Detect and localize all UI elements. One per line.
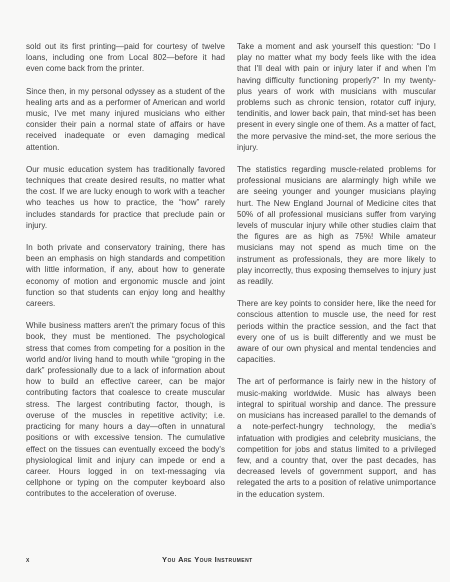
page-footer: x You Are Your Instrument — [0, 555, 450, 569]
paragraph: Take a moment and ask yourself this ques… — [237, 41, 436, 153]
paragraph: Our music education system has tradition… — [26, 164, 225, 231]
text-columns: sold out its first printing—paid for cou… — [26, 41, 436, 500]
paragraph: sold out its first printing—paid for cou… — [26, 41, 225, 75]
paragraph: While business matters aren't the primar… — [26, 320, 225, 499]
right-column: Take a moment and ask yourself this ques… — [237, 41, 436, 500]
paragraph: The art of performance is fairly new in … — [237, 376, 436, 499]
running-title: You Are Your Instrument — [162, 555, 253, 564]
paragraph: In both private and conservatory trainin… — [26, 242, 225, 309]
paragraph: The statistics regarding muscle-related … — [237, 164, 436, 287]
paragraph: There are key points to consider here, l… — [237, 298, 436, 365]
left-column: sold out its first printing—paid for cou… — [26, 41, 225, 500]
paragraph: Since then, in my personal odyssey as a … — [26, 86, 225, 153]
book-page: sold out its first printing—paid for cou… — [0, 0, 450, 582]
page-number: x — [26, 555, 29, 564]
